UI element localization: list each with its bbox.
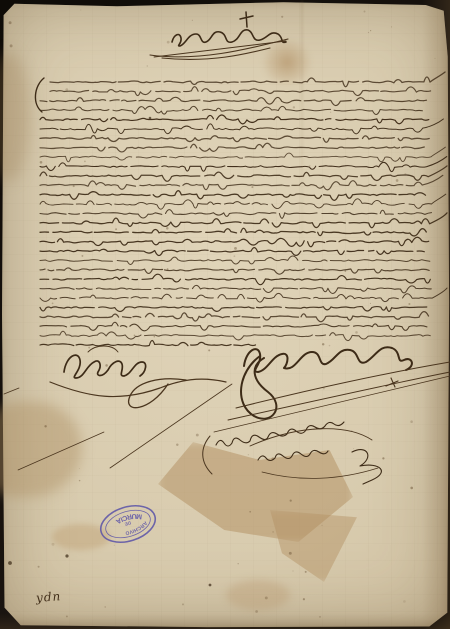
body-text-block: [40, 72, 447, 346]
foxing-speck: [176, 443, 178, 445]
foxing-speck: [182, 603, 184, 605]
header-inscription: [150, 12, 288, 59]
foxing-speck: [9, 21, 12, 24]
foxing-speck: [192, 20, 193, 21]
foxing-speck: [79, 468, 80, 469]
foxing-speck: [370, 30, 371, 31]
manuscript-ink-layer: [0, 0, 450, 629]
manuscript-line: [50, 72, 445, 87]
photographed-document: ARCHIVO DE MURCIA ydn: [0, 0, 450, 629]
manuscript-line: [40, 274, 430, 285]
foxing-speck: [305, 571, 307, 573]
foxing-speck: [289, 552, 292, 555]
manuscript-line: [40, 331, 430, 340]
manuscript-line: [40, 248, 424, 256]
manuscript-line: [40, 285, 431, 293]
foxing-speck: [435, 58, 436, 59]
foxing-speck: [10, 44, 13, 47]
foxing-speck: [330, 112, 331, 113]
foxing-speck: [134, 335, 135, 336]
foxing-speck: [79, 480, 80, 481]
foxing-speck: [391, 26, 392, 27]
foxing-speck: [166, 227, 169, 230]
manuscript-line: [40, 191, 426, 201]
foxing-speck: [84, 161, 86, 163]
foxing-speck: [293, 106, 295, 108]
foxing-speck: [154, 336, 155, 337]
manuscript-line: [40, 106, 422, 114]
foxing-speck: [66, 615, 68, 617]
foxing-speck: [272, 531, 274, 533]
manuscript-line: [40, 312, 429, 322]
foxing-speck: [355, 331, 358, 334]
foxing-speck: [233, 255, 235, 257]
manuscript-line: [40, 288, 447, 302]
manuscript-line: [40, 175, 443, 189]
foxing-speck: [319, 616, 320, 617]
foxing-speck: [309, 165, 311, 167]
manuscript-line: [40, 307, 427, 312]
manuscript-line: [40, 147, 445, 162]
foxing-speck: [370, 303, 371, 304]
foxing-speck: [196, 434, 199, 437]
foxing-speck: [408, 303, 410, 305]
foxing-speck: [382, 457, 384, 459]
queen-signature: [214, 347, 450, 432]
paragraph-bracket: [35, 78, 44, 112]
manuscript-line: [40, 210, 432, 219]
manuscript-line: [40, 166, 447, 181]
foxing-speck: [292, 570, 293, 571]
foxing-speck: [255, 610, 258, 613]
manuscript-line: [40, 268, 429, 274]
foxing-speck: [396, 179, 399, 182]
foxing-speck: [167, 41, 170, 44]
manuscript-line: [40, 157, 447, 172]
foxing-speck: [104, 606, 105, 607]
foxing-speck: [303, 598, 305, 600]
foxing-speck: [423, 101, 424, 102]
foxing-speck: [234, 247, 237, 250]
foxing-speck: [290, 500, 292, 502]
foxing-speck: [44, 425, 46, 427]
manuscript-line: [40, 213, 447, 228]
ink-spot: [8, 561, 12, 565]
foxing-speck: [410, 487, 413, 490]
foxing-speck: [88, 347, 90, 349]
foxing-speck: [38, 566, 40, 568]
manuscript-line: [40, 322, 427, 331]
foxing-speck: [52, 543, 55, 546]
foxing-speck: [73, 185, 75, 187]
corner-note: ydn: [36, 589, 62, 605]
manuscript-line: [50, 87, 431, 96]
manuscript-line: [40, 143, 424, 152]
foxing-speck: [353, 448, 354, 449]
foxing-speck: [403, 600, 406, 603]
foxing-speck: [368, 32, 369, 33]
foxing-speck: [322, 343, 324, 345]
manuscript-line: [40, 119, 443, 134]
foxing-speck: [105, 364, 108, 367]
ink-spot: [209, 584, 212, 587]
manuscript-line: [40, 115, 429, 124]
foxing-speck: [265, 596, 268, 599]
cross-icon: [240, 12, 253, 27]
manuscript-line: [40, 194, 446, 209]
manuscript-line: [40, 256, 430, 264]
foxing-speck: [147, 65, 148, 66]
foxing-speck: [281, 16, 283, 18]
secretary-signature: [258, 450, 381, 484]
foxing-speck: [345, 270, 347, 272]
foxing-speck: [65, 88, 68, 91]
manuscript-line: [40, 237, 429, 246]
stamp-center-text: DE: [124, 520, 131, 527]
secretary-note: [203, 422, 382, 484]
manuscript-line: [40, 228, 426, 236]
foxing-speck: [322, 525, 323, 526]
manuscript-line: [40, 97, 427, 105]
foxing-speck: [251, 186, 253, 188]
foxing-speck: [52, 303, 54, 305]
foxing-speck: [81, 255, 83, 257]
manuscript-line: [40, 135, 429, 142]
foxing-speck: [208, 349, 210, 351]
ink-spot: [65, 554, 68, 557]
foxing-speck: [80, 9, 81, 10]
foxing-speck: [237, 563, 238, 564]
foxing-speck: [249, 511, 251, 513]
king-signature: [4, 346, 232, 470]
manuscript-line: [40, 341, 256, 346]
foxing-speck: [329, 345, 330, 346]
foxing-speck: [364, 11, 366, 13]
foxing-speck: [40, 161, 43, 164]
foxing-speck: [115, 228, 117, 230]
foxing-speck: [410, 420, 413, 423]
foxing-speck: [248, 454, 249, 455]
